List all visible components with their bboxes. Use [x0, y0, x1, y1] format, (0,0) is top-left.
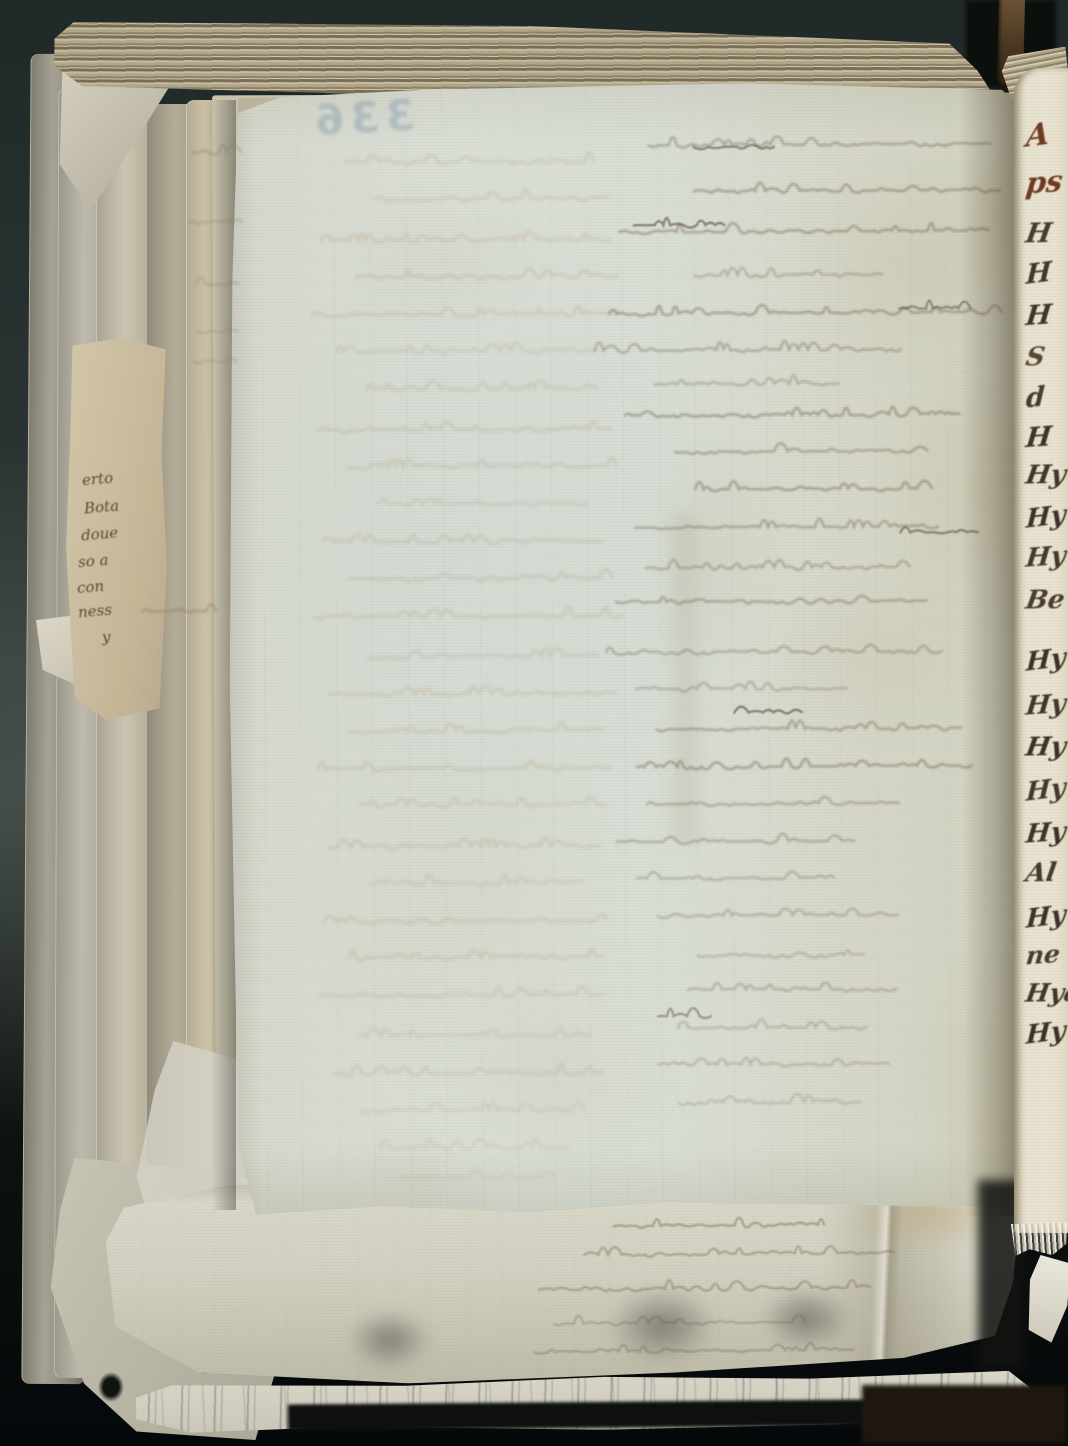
torn-fragment-word: erto	[81, 469, 114, 490]
torn-fragment-with-text: ertoBotadoueso aconnessy	[64, 338, 170, 720]
recto-entry-fragment: H	[1025, 256, 1052, 291]
recto-page-sliver: ApsHHHSdHHyHyHyBeHyHyHyHyHyAlHyneHyaHy	[1014, 68, 1068, 1233]
recto-entry-fragment: Hya	[1024, 977, 1068, 1007]
recto-entry-fragment: Hy	[1025, 899, 1066, 934]
torn-fragment-word: Bota	[83, 497, 119, 518]
recto-entry-fragment: H	[1024, 421, 1053, 454]
recto-entry-fragment: Hy	[1025, 772, 1066, 807]
recto-entry-fragment: d	[1025, 381, 1045, 415]
recto-entry-fragment: H	[1024, 218, 1054, 250]
recto-entry-fragment: Al	[1024, 858, 1059, 889]
recto-entry-fragment: H	[1024, 299, 1053, 332]
gutter-shadow	[959, 86, 1021, 1216]
paper-hole	[98, 1372, 124, 1402]
recto-entry-fragment: S	[1024, 342, 1048, 372]
recto-entry-fragment: Hy	[1024, 688, 1067, 721]
torn-fragment-word: y	[101, 628, 111, 647]
recto-entry-fragment: Hy	[1025, 1015, 1066, 1050]
dark-board-corner	[862, 1385, 1066, 1443]
recto-entry-fragment: Hy	[1024, 460, 1068, 491]
torn-fragment-word: ness	[77, 601, 112, 622]
photo-open-manuscript: ertoBotadoueso aconnessy 336 ApsHHHSdHHy…	[0, 0, 1068, 1446]
torn-fragment-word: so a	[77, 551, 109, 572]
water-stain	[334, 178, 555, 339]
dark-board-streak	[288, 1399, 878, 1430]
recto-entry-fragment: Hy	[1025, 642, 1066, 677]
bleedthrough-page-number: 336	[308, 90, 416, 145]
blank-verso-page: 336	[225, 82, 1019, 1216]
recto-entry-fragment: ps	[1024, 164, 1064, 201]
recto-entry-fragment: Hy	[1025, 499, 1066, 534]
recto-entry-fragment: A	[1025, 116, 1050, 154]
water-stain	[635, 417, 796, 678]
recto-entry-fragment: Hy	[1024, 816, 1067, 849]
torn-fragment-word: con	[76, 577, 105, 597]
recto-entry-fragment: Be	[1024, 585, 1067, 616]
recto-entry-fragment: ne	[1025, 939, 1062, 971]
torn-fragment-word: doue	[80, 523, 119, 544]
recto-entry-fragment: Hy	[1024, 540, 1067, 573]
recto-entry-fragment: Hy	[1024, 732, 1068, 763]
